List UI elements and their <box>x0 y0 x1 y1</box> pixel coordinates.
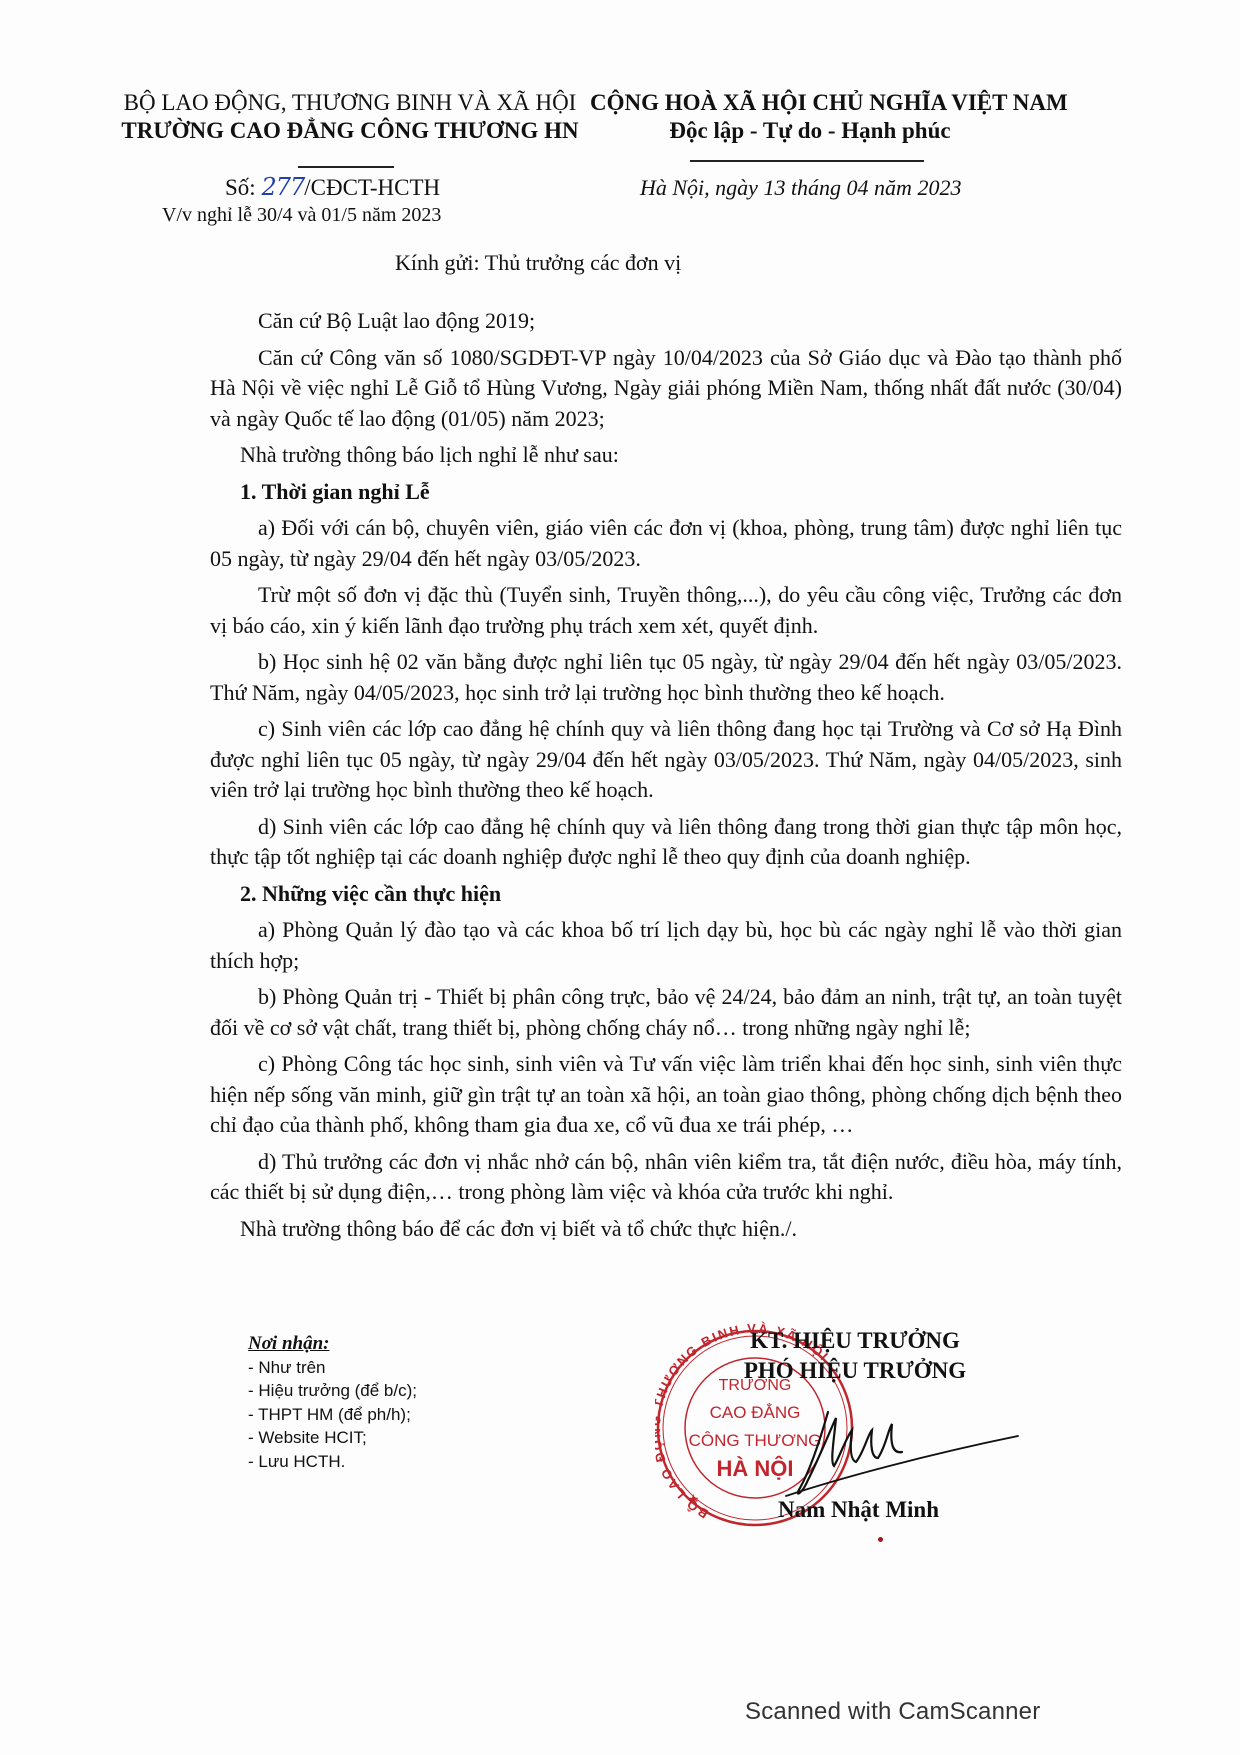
section-1-item-a: a) Đối với cán bộ, chuyên viên, giáo viê… <box>210 513 1122 574</box>
section-2-item-a: a) Phòng Quản lý đào tạo và các khoa bố … <box>210 915 1122 976</box>
recipient-item: - Như trên <box>248 1356 417 1380</box>
recipients-title: Nơi nhận: <box>248 1332 417 1356</box>
signature-title-2: PHÓ HIỆU TRƯỞNG <box>700 1356 1010 1386</box>
recipient-item: - Hiệu trưởng (để b/c); <box>248 1379 417 1403</box>
legal-basis-2: Căn cứ Công văn số 1080/SGDĐT-VP ngày 10… <box>210 343 1122 435</box>
body-intro: Nhà trường thông báo lịch nghỉ lễ như sa… <box>210 440 1122 471</box>
nation-name: CỘNG HOÀ XÃ HỘI CHỦ NGHĨA VIỆT NAM <box>590 88 1030 118</box>
document-number: Số: 277/CĐCT-HCTH <box>225 172 440 203</box>
ink-dot <box>878 1537 883 1542</box>
section-1-item-b: b) Học sinh hệ 02 văn bằng được nghỉ liê… <box>210 647 1122 708</box>
section-2-item-d: d) Thủ trưởng các đơn vị nhắc nhở cán bộ… <box>210 1147 1122 1208</box>
scanned-document-page: BỘ LAO ĐỘNG, THƯƠNG BINH VÀ XÃ HỘI TRƯỜN… <box>0 0 1240 1755</box>
nation-motto: Độc lập - Tự do - Hạnh phúc <box>590 116 1030 146</box>
recipient-item: - THPT HM (để ph/h); <box>248 1403 417 1427</box>
addressee: Kính gửi: Thủ trưởng các đơn vị <box>395 250 681 276</box>
number-label: Số: <box>225 175 256 200</box>
closing-statement: Nhà trường thông báo để các đơn vị biết … <box>210 1214 1122 1245</box>
ministry-name: BỘ LAO ĐỘNG, THƯƠNG BINH VÀ XÃ HỘI <box>120 88 580 118</box>
header-left-underline <box>298 166 394 168</box>
svg-text:★: ★ <box>687 1493 700 1508</box>
section-1-item-a-note: Trừ một số đơn vị đặc thù (Tuyển sinh, T… <box>210 580 1122 641</box>
document-subject: V/v nghỉ lễ 30/4 và 01/5 năm 2023 <box>162 201 441 229</box>
signer-name: Nam Nhật Minh <box>778 1495 939 1525</box>
section-1-item-c: c) Sinh viên các lớp cao đẳng hệ chính q… <box>210 714 1122 806</box>
section-1-heading: 1. Thời gian nghỉ Lễ <box>210 477 1122 508</box>
camscanner-watermark: Scanned with CamScanner <box>745 1698 1040 1726</box>
header-right-underline <box>690 160 924 162</box>
number-handwritten: 277 <box>261 173 304 201</box>
school-name: TRƯỜNG CAO ĐẲNG CÔNG THƯƠNG HN <box>120 116 580 146</box>
recipients-block: Nơi nhận: - Như trên - Hiệu trưởng (để b… <box>248 1332 417 1473</box>
place-date: Hà Nội, ngày 13 tháng 04 năm 2023 <box>640 175 961 201</box>
signature-title-1: KT. HIỆU TRƯỞNG <box>700 1326 1010 1356</box>
section-2-item-c: c) Phòng Công tác học sinh, sinh viên và… <box>210 1049 1122 1141</box>
section-2-heading: 2. Những việc cần thực hiện <box>210 879 1122 910</box>
number-suffix: /CĐCT-HCTH <box>304 175 440 200</box>
document-body: Căn cứ Bộ Luật lao động 2019; Căn cứ Côn… <box>210 306 1122 1250</box>
recipient-item: - Lưu HCTH. <box>248 1450 417 1474</box>
recipient-item: - Website HCIT; <box>248 1426 417 1450</box>
handwritten-signature-icon <box>780 1390 1020 1510</box>
section-2-item-b: b) Phòng Quản trị - Thiết bị phân công t… <box>210 982 1122 1043</box>
legal-basis-1: Căn cứ Bộ Luật lao động 2019; <box>210 306 1122 337</box>
section-1-item-d: d) Sinh viên các lớp cao đẳng hệ chính q… <box>210 812 1122 873</box>
